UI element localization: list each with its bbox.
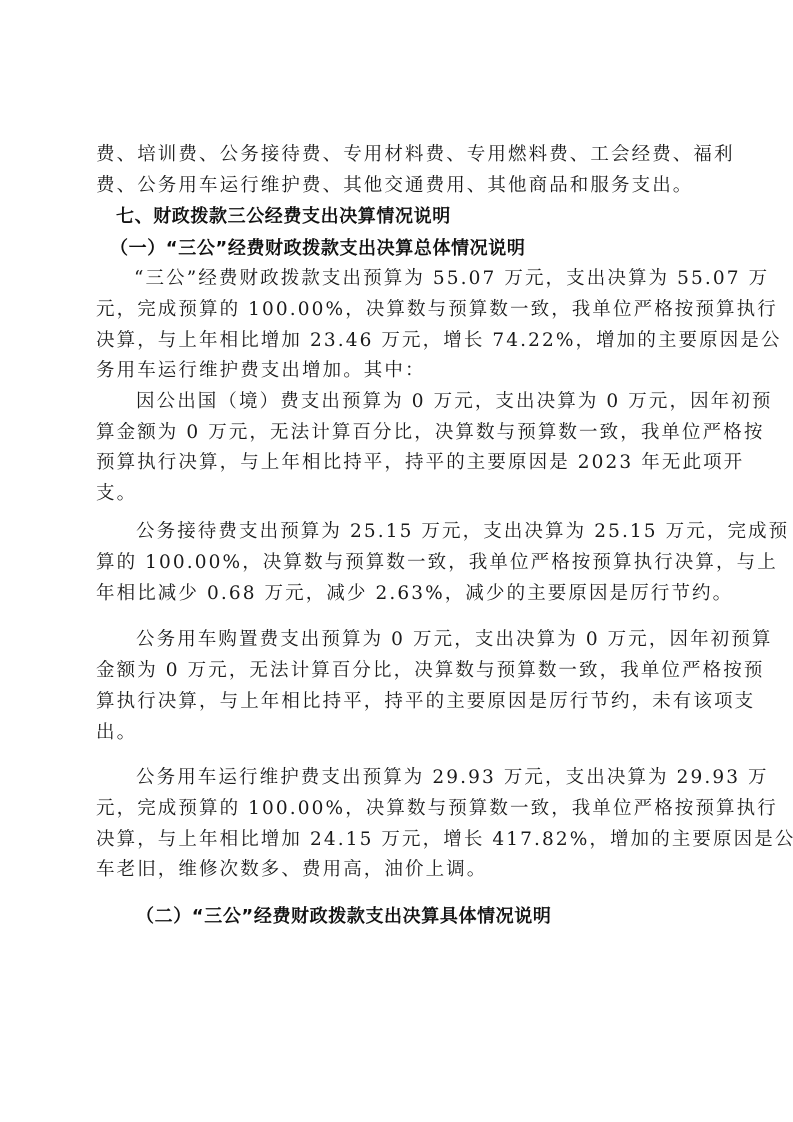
body-line: 费、培训费、公务接待费、专用材料费、专用燃料费、工会经费、福利 <box>96 143 735 167</box>
paragraph-line: 金额为 0 万元，无法计算百分比，决算数与预算数一致，我单位严格按预 <box>96 659 764 683</box>
paragraph-line: 因公出国（境）费支出预算为 0 万元，支出决算为 0 万元，因年初预 <box>136 390 772 414</box>
paragraph-line: 元，完成预算的 100.00%，决算数与预算数一致，我单位严格按预算执行 <box>96 797 778 821</box>
section-heading-seven: 七、财政拨款三公经费支出决算情况说明 <box>116 205 451 229</box>
paragraph-line: 务用车运行维护费支出增加。其中： <box>96 359 426 383</box>
subsection-heading-one: （一）“三公”经费财政拨款支出决算总体情况说明 <box>110 237 525 261</box>
subsection-heading-two: （二）“三公”经费财政拨款支出决算具体情况说明 <box>136 905 551 929</box>
paragraph-line: 车老旧，维修次数多、费用高，油价上调。 <box>96 858 487 882</box>
paragraph-line: 年相比减少 0.68 万元，减少 2.63%，减少的主要原因是厉行节约。 <box>96 582 733 606</box>
paragraph-line: 公务用车购置费支出预算为 0 万元，支出决算为 0 万元，因年初预算 <box>136 628 772 652</box>
paragraph-line: 支。 <box>96 482 137 506</box>
paragraph-line: 元，完成预算的 100.00%，决算数与预算数一致，我单位严格按预算执行 <box>96 298 778 322</box>
body-line: 费、公务用车运行维护费、其他交通费用、其他商品和服务支出。 <box>96 174 693 198</box>
paragraph-line: 算金额为 0 万元，无法计算百分比，决算数与预算数一致，我单位严格按 <box>96 421 764 445</box>
paragraph-line: 算执行决算，与上年相比持平，持平的主要原因是厉行节约，未有该项支 <box>96 690 755 714</box>
paragraph-line: 公务用车运行维护费支出预算为 29.93 万元，支出决算为 29.93 万 <box>136 766 769 790</box>
paragraph-line: 出。 <box>96 721 137 745</box>
paragraph-line: 预算执行决算，与上年相比持平，持平的主要原因是 2023 年无此项开 <box>96 451 744 475</box>
paragraph-line: “三公”经费财政拨款支出预算为 55.07 万元，支出决算为 55.07 万 <box>134 267 769 291</box>
paragraph-line: 算的 100.00%，决算数与预算数一致，我单位严格按预算执行决算，与上 <box>96 551 778 575</box>
paragraph-line: 决算，与上年相比增加 23.46 万元，增长 74.22%，增加的主要原因是公 <box>96 329 782 353</box>
paragraph-line: 决算，与上年相比增加 24.15 万元，增长 417.82%，增加的主要原因是公 <box>96 828 793 852</box>
paragraph-line: 公务接待费支出预算为 25.15 万元，支出决算为 25.15 万元，完成预 <box>136 520 789 544</box>
